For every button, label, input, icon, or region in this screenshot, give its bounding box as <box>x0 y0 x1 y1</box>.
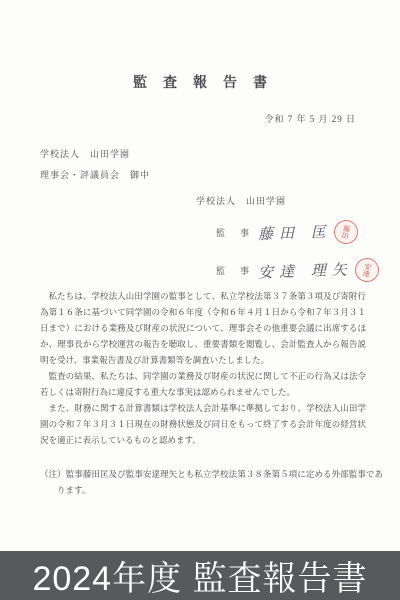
addressee-org: 学校法人 山田学園 <box>40 144 150 165</box>
seal-text: 安達 <box>361 262 372 277</box>
signer-row: 監 事 安達 理矢 安達 <box>196 257 379 283</box>
auditor-seal-stamp-icon: 藤田 <box>332 218 360 246</box>
body-paragraph: また、財務に関する計算書類は学校法人会計基準に準拠しており、学校法人山田学園の令… <box>40 400 366 448</box>
handwritten-signature: 藤田 匡 <box>258 220 332 244</box>
signer-row: 監 事 藤田 匡 藤田 <box>196 219 379 245</box>
body-paragraph: 監査の結果、私たちは、同学園の業務及び財産の状況に関して不正の行為又は法令若しく… <box>40 368 366 400</box>
document-date: 令和 7 年 5 月 29 日 <box>264 112 356 125</box>
signer-role: 監 事 <box>216 226 254 239</box>
page-title: 監査報告書 <box>0 72 400 92</box>
signer-role: 監 事 <box>216 264 254 277</box>
auditor-seal-stamp-icon: 安達 <box>353 256 381 284</box>
handwritten-signature: 安達 理矢 <box>258 258 353 282</box>
seal-text: 藤田 <box>340 224 351 239</box>
addressee-recipient: 理事会・評議員会 御中 <box>40 165 150 186</box>
signature-block: 学校法人 山田学園 監 事 藤田 匡 藤田 監 事 安達 理矢 安達 <box>196 194 379 283</box>
footnote: （注）監事藤田匡及び監事安達理矢とも私立学校法第３８条第５項に定める外部監事であ… <box>40 466 383 498</box>
document-page: 監査報告書 令和 7 年 5 月 29 日 学校法人 山田学園 理事会・評議員会… <box>0 0 400 600</box>
caption-banner-label: 2024年度 監査報告書 <box>32 551 367 600</box>
signature-org: 学校法人 山田学園 <box>196 194 379 207</box>
report-body: 私たちは、学校法人山田学園の監事として、私立学校法第３７条第３項及び寄附行為第１… <box>40 288 366 448</box>
caption-banner: 2024年度 監査報告書 <box>0 551 400 600</box>
addressee-block: 学校法人 山田学園 理事会・評議員会 御中 <box>40 144 150 186</box>
body-paragraph: 私たちは、学校法人山田学園の監事として、私立学校法第３７条第３項及び寄附行為第１… <box>40 288 366 368</box>
